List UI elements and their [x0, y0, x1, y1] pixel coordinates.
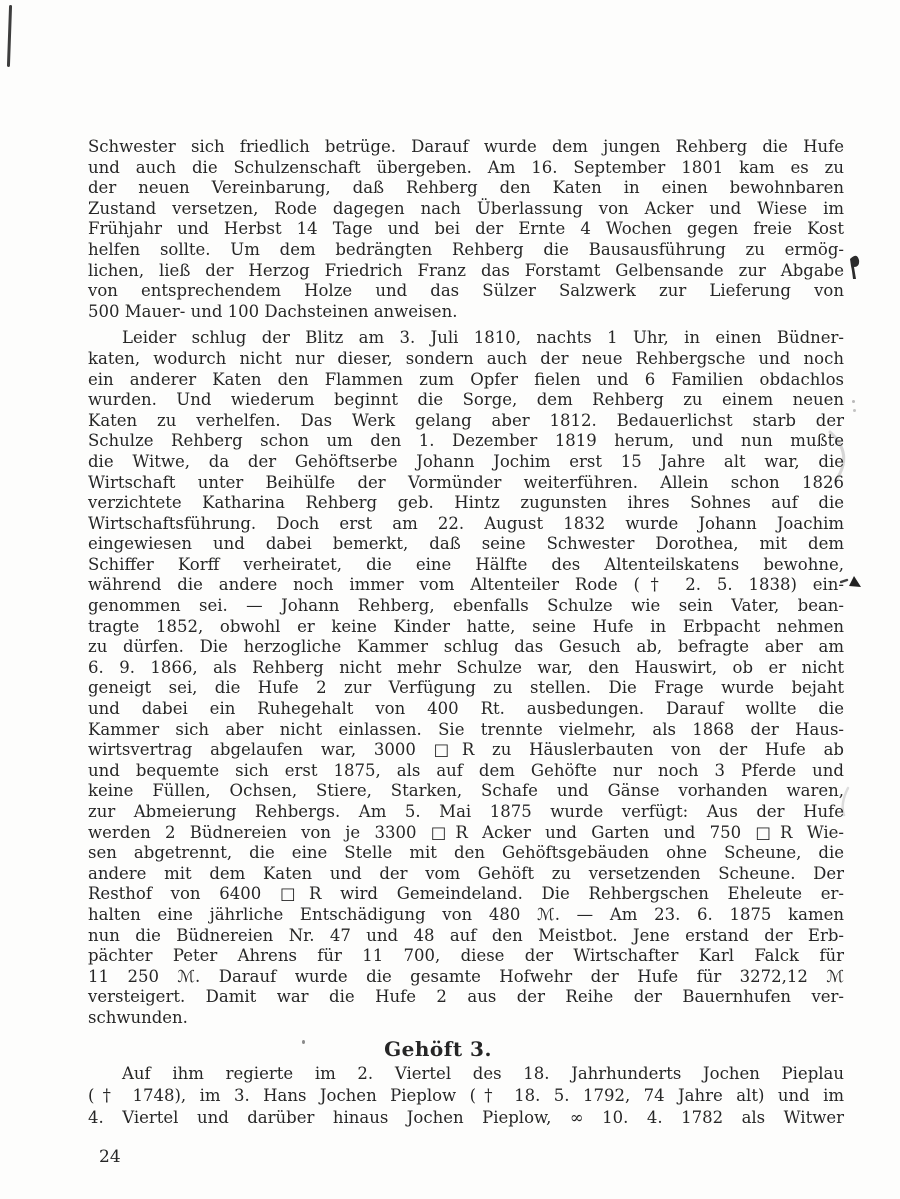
text-line: werden 2 Büdnereien von je 3300 □R Acker… — [88, 823, 844, 844]
text-line: Kammer sich aber nicht einlassen. Sie tr… — [88, 720, 844, 741]
text-line: helfen sollte. Um dem bedrängten Rehberg… — [88, 240, 844, 261]
paragraph-blitz-1810: Leider schlug der Blitz am 3. Juli 1810,… — [88, 328, 844, 1028]
text-line: und dabei ein Ruhegehalt von 400 Rt. aus… — [88, 699, 844, 720]
paragraph-gehoeft-3: Auf ihm regierte im 2. Viertel des 18. J… — [88, 1063, 844, 1129]
text-line: nun die Büdnereien Nr. 47 und 48 auf den… — [88, 926, 844, 947]
text-line: Zustand versetzen, Rode dagegen nach Übe… — [88, 199, 844, 220]
ink-blot-right-margin-top — [846, 252, 862, 282]
text-line: und bequemte sich erst 1875, als auf dem… — [88, 761, 844, 782]
text-line: 4. Viertel und darüber hinaus Jochen Pie… — [88, 1107, 844, 1129]
scan-scratch-line — [7, 5, 12, 67]
text-line: Katen zu verhelfen. Das Werk gelang aber… — [88, 411, 844, 432]
text-line: lichen, ließ der Herzog Friedrich Franz … — [88, 261, 844, 282]
text-line: pächter Peter Ahrens für 11 700, diese d… — [88, 946, 844, 967]
text-line: Resthof von 6400 □R wird Gemeindeland. D… — [88, 884, 844, 905]
text-line: Leider schlug der Blitz am 3. Juli 1810,… — [88, 328, 844, 349]
text-line: schwunden. — [88, 1008, 844, 1029]
text-line: eingewiesen und dabei bemerkt, daß seine… — [88, 534, 844, 555]
text-line: wurden. Und wiederum beginnt die Sorge, … — [88, 390, 844, 411]
text-line: sen abgetrennt, die eine Stelle mit den … — [88, 843, 844, 864]
text-line: verzichtete Katharina Rehberg geb. Hintz… — [88, 493, 844, 514]
text-line: zu dürfen. Die herzogliche Kammer schlug… — [88, 637, 844, 658]
text-line: von entsprechendem Holze und das Sülzer … — [88, 281, 844, 302]
text-line: 500 Mauer- und 100 Dachsteinen anweisen. — [88, 302, 844, 323]
text-line: tragte 1852, obwohl er keine Kinder hatt… — [88, 617, 844, 638]
text-line: Schwester sich friedlich betrüge. Darauf… — [88, 137, 844, 158]
text-block: Schwester sich friedlich betrüge. Darauf… — [88, 137, 844, 1129]
text-line: keine Füllen, Ochsen, Stiere, Starken, S… — [88, 781, 844, 802]
text-line: halten eine jährliche Entschädigung von … — [88, 905, 844, 926]
text-line: wirtsvertrag abgelaufen war, 3000 □R zu … — [88, 740, 844, 761]
text-line: ein anderer Katen den Flammen zum Opfer … — [88, 370, 844, 391]
text-line: Auf ihm regierte im 2. Viertel des 18. J… — [88, 1063, 844, 1085]
text-line: andere mit dem Katen und der vom Gehöft … — [88, 864, 844, 885]
book-page-scan: Schwester sich friedlich betrüge. Darauf… — [0, 0, 900, 1199]
text-line: und auch die Schulzenschaft übergeben. A… — [88, 158, 844, 179]
text-line: Wirtschaftsführung. Doch erst am 22. Aug… — [88, 514, 844, 535]
text-line: katen, wodurch nicht nur dieser, sondern… — [88, 349, 844, 370]
section-heading-gehoeft-3: Gehöft 3. — [60, 1037, 816, 1061]
text-line: Frühjahr und Herbst 14 Tage und bei der … — [88, 219, 844, 240]
text-line: 6. 9. 1866, als Rehberg nicht mehr Schul… — [88, 658, 844, 679]
text-line: 11 250 ℳ. Darauf wurde die gesamte Hofwe… — [88, 967, 844, 988]
text-line: genommen sei. — Johann Rehberg, ebenfall… — [88, 596, 844, 617]
text-line: Wirtschaft unter Beihülfe der Vormünder … — [88, 473, 844, 494]
text-line: der neuen Vereinbarung, daß Rehberg den … — [88, 178, 844, 199]
text-line: die Witwe, da der Gehöftserbe Johann Joc… — [88, 452, 844, 473]
paragraph-continuation: Schwester sich friedlich betrüge. Darauf… — [88, 137, 844, 322]
ink-dots-right-margin — [852, 400, 855, 403]
text-line: († 1748), im 3. Hans Jochen Pieplow († 1… — [88, 1085, 844, 1107]
text-line: geneigt sei, die Hufe 2 zur Verfügung zu… — [88, 678, 844, 699]
text-line: Schiffer Korff verheiratet, die eine Häl… — [88, 555, 844, 576]
text-line: zur Abmeierung Rehbergs. Am 5. Mai 1875 … — [88, 802, 844, 823]
text-line: während die andere noch immer vom Altent… — [88, 575, 844, 596]
text-line: versteigert. Damit war die Hufe 2 aus de… — [88, 987, 844, 1008]
page-number: 24 — [99, 1147, 121, 1167]
text-line: Schulze Rehberg schon um den 1. Dezember… — [88, 431, 844, 452]
